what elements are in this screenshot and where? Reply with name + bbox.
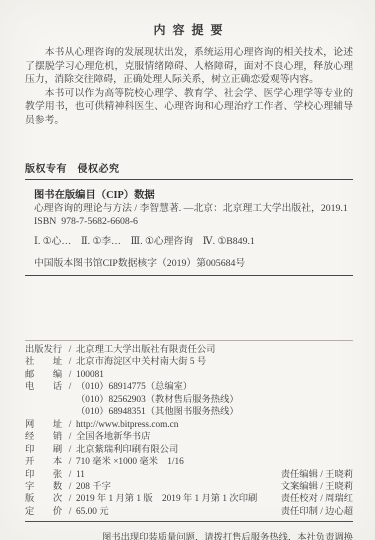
pub-row-separator: / <box>64 481 76 493</box>
pub-row-label: 印 张 <box>25 469 64 481</box>
pub-row-value: 710 毫米 ×1000 毫米 1/16 <box>76 456 184 468</box>
pub-row-label: 字 数 <box>25 481 64 493</box>
pub-row-value: （010）68914775（总编室） <box>76 381 192 393</box>
pub-row-editor: 责任校对 / 周瑞红 <box>281 493 353 505</box>
pub-row: （010）68948351（其他图书服务热线） <box>25 406 353 418</box>
pub-row-value: 北京理工大学出版社有限责任公司 <box>76 344 215 356</box>
pub-row: 出版发行/北京理工大学出版社有限责任公司 <box>25 344 353 356</box>
pub-row-value: 65.00 元 <box>76 506 109 518</box>
cip-registry-line: 中国版本图书馆CIP数据核字（2019）第005684号 <box>34 258 353 271</box>
pub-row-separator: / <box>64 419 76 431</box>
cip-title-line: 心理咨询的理论与方法 / 李智慧著. —北京：北京理工大学出版社，2019.1 <box>34 203 353 216</box>
quality-notice: 图书出现印装质量问题，请拨打售后服务热线，本社负责调换 <box>25 529 353 540</box>
pub-row: 电 话/（010）68914775（总编室） <box>25 381 353 393</box>
divider-publication-bottom <box>25 521 353 522</box>
pub-row: （010）82562903（教材售后服务热线） <box>25 394 353 406</box>
pub-row-separator: / <box>64 493 76 505</box>
pub-row: 社 址/北京市海淀区中关村南大街 5 号 <box>25 356 353 368</box>
pub-row-separator: / <box>64 456 76 468</box>
pub-row-separator: / <box>64 344 76 356</box>
pub-row-value: http://www.bitpress.com.cn <box>76 419 178 431</box>
pub-row: 版 次/2019 年 1 月第 1 版 2019 年 1 月第 1 次印刷责任校… <box>25 493 353 505</box>
pub-row-value: 全国各地新华书店 <box>76 431 150 443</box>
pub-row-value: （010）68948351（其他图书服务热线） <box>76 406 239 418</box>
pub-row-separator: / <box>64 369 76 381</box>
pub-row-editor: 责任印制 / 边心超 <box>281 506 353 518</box>
content-summary-title: 内 容 提 要 <box>25 21 353 38</box>
pub-row: 印 刷/北京紫瑞利印刷有限公司 <box>25 444 353 456</box>
pub-row-value: 208 千字 <box>76 481 111 493</box>
summary-paragraph: 本书从心理咨询的发展现状出发，系统运用心理咨询的相关技术，论述了摆脱学习心理危机… <box>25 46 353 87</box>
pub-row-separator: / <box>64 444 76 456</box>
cip-isbn-line: ISBN 978-7-5682-6608-6 <box>34 216 353 229</box>
copyright-page: 内 容 提 要 本书从心理咨询的发展现状出发，系统运用心理咨询的相关技术，论述了… <box>0 0 375 540</box>
publication-info-block: 出版发行/北京理工大学出版社有限责任公司 社 址/北京市海淀区中关村南大街 5 … <box>25 344 353 518</box>
summary-paragraph: 本书可以作为高等院校心理学、教育学、社会学、医学心理学等专业的教学用书，也可供精… <box>25 87 353 128</box>
pub-row-label: 社 址 <box>25 356 64 368</box>
pub-row-value: 北京市海淀区中关村南大街 5 号 <box>76 356 206 368</box>
pub-row: 网 址/http://www.bitpress.com.cn <box>25 419 353 431</box>
pub-row-separator: / <box>64 381 76 393</box>
pub-row-label: 定 价 <box>25 506 64 518</box>
pub-row-label: 印 刷 <box>25 444 64 456</box>
pub-row-label: 邮 编 <box>25 369 64 381</box>
pub-row-label: 开 本 <box>25 456 64 468</box>
pub-row-editor: 文案编辑 / 王晓莉 <box>281 481 353 493</box>
pub-row: 经 销/全国各地新华书店 <box>25 431 353 443</box>
pub-row-separator: / <box>64 431 76 443</box>
cip-heading: 图书在版编目（CIP）数据 <box>34 186 353 201</box>
pub-row-value: （010）82562903（教材售后服务热线） <box>76 394 239 406</box>
pub-row-label: 电 话 <box>25 381 64 393</box>
pub-row-separator: / <box>64 469 76 481</box>
cip-classification-line: Ⅰ. ①心… Ⅱ. ①李… Ⅲ. ①心理咨询 Ⅳ. ①B849.1 <box>34 236 353 249</box>
pub-row-value: 北京紫瑞利印刷有限公司 <box>76 444 178 456</box>
pub-row: 邮 编/100081 <box>25 369 353 381</box>
pub-row-label: 网 址 <box>25 419 64 431</box>
pub-row-value: 100081 <box>76 369 104 381</box>
divider-cip-top <box>25 179 353 180</box>
divider-publication-top <box>25 340 353 341</box>
copyright-notice: 版权专有 侵权必究 <box>25 160 353 175</box>
divider-cip-bottom <box>25 275 353 276</box>
pub-row: 开 本/710 毫米 ×1000 毫米 1/16 <box>25 456 353 468</box>
pub-row-label: 版 次 <box>25 493 64 505</box>
pub-row: 定 价/65.00 元责任印制 / 边心超 <box>25 506 353 518</box>
pub-row: 字 数/208 千字文案编辑 / 王晓莉 <box>25 481 353 493</box>
pub-row-separator: / <box>64 506 76 518</box>
pub-row-label: 经 销 <box>25 431 64 443</box>
pub-row-value: 11 <box>76 469 85 481</box>
pub-row-value: 2019 年 1 月第 1 版 2019 年 1 月第 1 次印刷 <box>76 493 257 505</box>
pub-row-label: 出版发行 <box>25 344 64 356</box>
pub-row-editor: 责任编辑 / 王晓莉 <box>281 469 353 481</box>
pub-row: 印 张/11责任编辑 / 王晓莉 <box>25 469 353 481</box>
pub-row-separator: / <box>64 356 76 368</box>
